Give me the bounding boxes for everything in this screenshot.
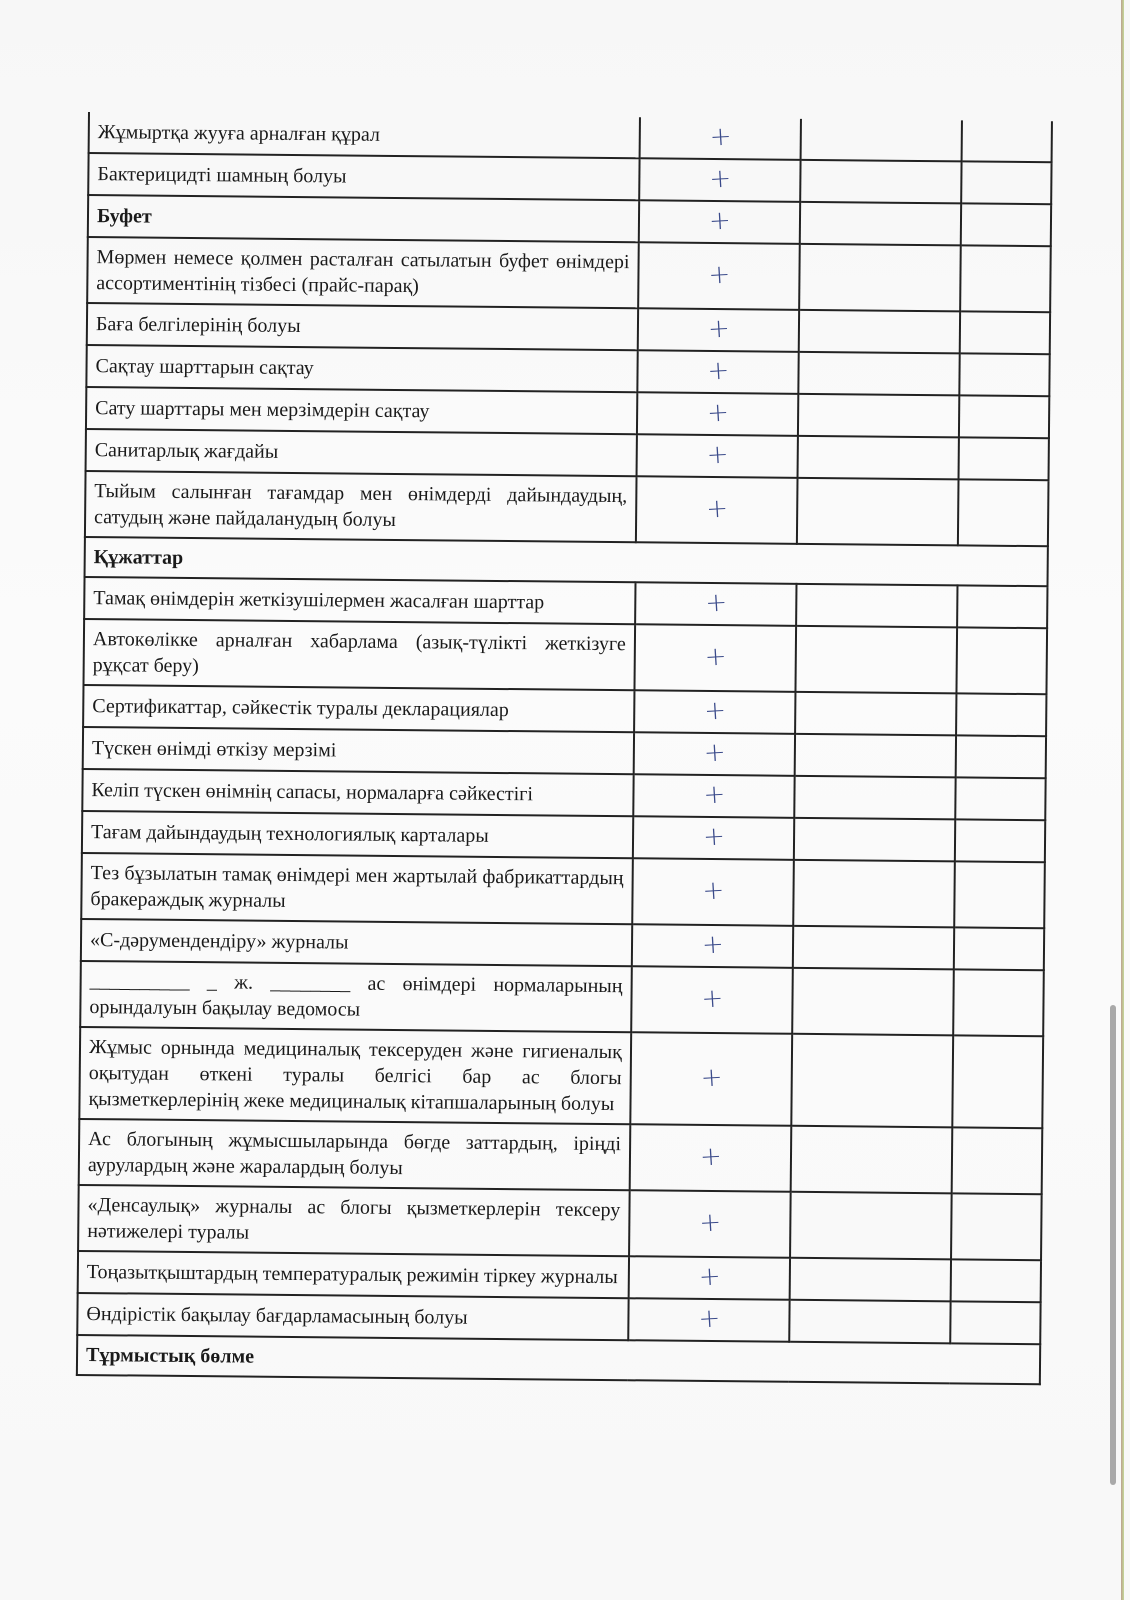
item-description: «Денсаулық» журналы ас блогы қызметкерле… [78, 1185, 629, 1256]
empty-cell [800, 202, 962, 246]
empty-cell [952, 1035, 1043, 1128]
empty-cell [954, 927, 1044, 970]
empty-cell [956, 693, 1046, 736]
empty-cell [961, 203, 1051, 246]
empty-cell [951, 1259, 1041, 1302]
item-description: Келіп түскен өнімнің сапасы, нормаларға … [82, 769, 633, 816]
item-description: Сертификаттар, сәйкестік туралы декларац… [83, 685, 634, 732]
handwritten-plus-mark: + [706, 357, 729, 384]
item-description: Тағам дайындаудың технологиялық карталар… [82, 811, 633, 858]
empty-cell [960, 311, 1050, 354]
empty-cell [790, 1258, 952, 1302]
section-heading: Буфет [88, 195, 639, 242]
section-heading: Тұрмыстық бөлме [77, 1335, 1040, 1384]
item-description: __________ _ ж. ________ ас өнімдері нор… [80, 961, 631, 1032]
empty-cell [795, 626, 957, 694]
empty-cell [791, 1034, 953, 1128]
handwritten-plus-mark: + [701, 877, 724, 904]
check-cell: + [631, 966, 793, 1034]
item-description: Ас блогының жұмысшыларында бөгде заттард… [79, 1119, 630, 1190]
check-cell: + [632, 858, 794, 926]
item-description: Сақтау шарттарын сақтау [86, 345, 637, 392]
table-row: Тыйым салынған тағамдар мен өнімдерді да… [85, 471, 1049, 546]
item-description: Жұмыс орнында медициналық тексеруден жән… [79, 1027, 631, 1124]
empty-cell [793, 926, 955, 970]
check-cell: + [628, 1256, 790, 1300]
scrollbar[interactable] [1110, 1005, 1116, 1485]
check-cell: + [638, 308, 800, 352]
item-description: Тамақ өнімдерін жеткізушілермен жасалған… [84, 577, 635, 624]
handwritten-plus-mark: + [704, 589, 727, 616]
empty-cell [794, 776, 956, 820]
check-cell: + [630, 1032, 792, 1126]
table-row: Мөрмен немесе қолмен расталған сатылатын… [87, 237, 1051, 312]
check-cell: + [636, 434, 798, 478]
handwritten-plus-mark: + [698, 1209, 721, 1236]
handwritten-plus-mark: + [700, 1064, 723, 1091]
check-cell: + [637, 350, 799, 394]
item-description: Тоңазытқыштардың температуралық режимін … [78, 1251, 629, 1298]
check-cell: + [629, 1190, 791, 1258]
empty-cell [792, 968, 954, 1036]
checklist-table: Жұмыртқа жууға арналған құрал+Бактерицид… [76, 112, 1053, 1385]
handwritten-plus-mark: + [703, 739, 726, 766]
empty-cell [950, 1301, 1040, 1344]
check-cell: + [639, 117, 801, 160]
item-description: Тыйым салынған тағамдар мен өнімдерді да… [85, 471, 636, 542]
handwritten-plus-mark: + [709, 123, 732, 150]
table-row: Жұмыс орнында медициналық тексеруден жән… [79, 1027, 1043, 1128]
check-cell: + [632, 924, 794, 968]
table-row: «Денсаулық» журналы ас блогы қызметкерле… [78, 1185, 1042, 1260]
handwritten-plus-mark: + [701, 931, 724, 958]
table-row: __________ _ ж. ________ ас өнімдері нор… [80, 961, 1044, 1036]
item-description: Тез бұзылатын тамақ өнімдері мен жартыла… [81, 853, 632, 924]
empty-cell [956, 735, 1046, 778]
handwritten-plus-mark: + [698, 1263, 721, 1290]
empty-cell [961, 161, 1051, 204]
item-description: Бактерицидті шамның болуы [88, 153, 639, 200]
check-cell: + [638, 242, 800, 310]
empty-cell [797, 478, 959, 546]
empty-cell [957, 627, 1047, 694]
empty-cell [789, 1300, 951, 1344]
handwritten-plus-mark: + [706, 441, 729, 468]
handwritten-plus-mark: + [704, 643, 727, 670]
handwritten-plus-mark: + [708, 207, 731, 234]
empty-cell [796, 584, 958, 628]
empty-cell [800, 160, 962, 204]
handwritten-plus-mark: + [697, 1305, 720, 1332]
check-cell: + [634, 690, 796, 734]
empty-cell [954, 861, 1044, 928]
check-cell: + [633, 774, 795, 818]
item-description: Баға белгілерінің болуы [87, 303, 638, 350]
empty-cell [960, 245, 1050, 312]
item-description: Сату шарттары мен мерзімдерін сақтау [86, 387, 637, 434]
empty-cell [952, 1127, 1042, 1194]
handwritten-plus-mark: + [708, 165, 731, 192]
handwritten-plus-mark: + [703, 697, 726, 724]
empty-cell [959, 395, 1049, 438]
empty-cell [795, 692, 957, 736]
table-row: Тез бұзылатын тамақ өнімдері мен жартыла… [81, 853, 1045, 928]
empty-cell [958, 479, 1048, 546]
empty-cell [955, 819, 1045, 862]
item-description: Санитарлық жағдайы [86, 429, 637, 476]
check-cell: + [634, 732, 796, 776]
empty-cell [957, 585, 1047, 628]
empty-cell [790, 1192, 952, 1260]
item-description: Түскен өнімді өткізу мерзімі [83, 727, 634, 774]
check-cell: + [630, 1124, 792, 1192]
document-page: Жұмыртқа жууға арналған құрал+Бактерицид… [0, 0, 1130, 1600]
empty-cell [791, 1126, 953, 1194]
check-cell: + [639, 158, 801, 202]
empty-cell [962, 120, 1052, 162]
checklist-table-wrapper: Жұмыртқа жууға арналған құрал+Бактерицид… [76, 112, 1053, 1385]
handwritten-plus-mark: + [707, 315, 730, 342]
check-cell: + [634, 624, 796, 692]
handwritten-plus-mark: + [706, 399, 729, 426]
empty-cell [793, 860, 955, 928]
empty-cell [798, 436, 960, 480]
empty-cell [794, 818, 956, 862]
empty-cell [798, 352, 960, 396]
handwritten-plus-mark: + [702, 823, 725, 850]
empty-cell [959, 437, 1049, 480]
page-edge [1121, 0, 1124, 1600]
check-cell: + [633, 816, 795, 860]
handwritten-plus-mark: + [699, 1143, 722, 1170]
handwritten-plus-mark: + [700, 985, 723, 1012]
check-cell: + [636, 476, 798, 544]
empty-cell [799, 244, 961, 312]
item-description: Өндірістік бақылау бағдарламасының болуы [77, 1293, 628, 1340]
check-cell: + [628, 1298, 790, 1342]
check-cell: + [637, 392, 799, 436]
empty-cell [795, 734, 957, 778]
table-row: Ас блогының жұмысшыларында бөгде заттард… [79, 1119, 1043, 1194]
check-cell: + [639, 200, 801, 244]
empty-cell [960, 353, 1050, 396]
item-description: Жұмыртқа жууға арналған құрал [89, 112, 640, 158]
empty-cell [955, 777, 1045, 820]
empty-cell [801, 119, 963, 162]
item-description: «С-дәрумендендіру» журналы [81, 919, 632, 966]
handwritten-plus-mark: + [707, 261, 730, 288]
handwritten-plus-mark: + [702, 781, 725, 808]
handwritten-plus-mark: + [705, 495, 728, 522]
table-row: Автокөлікке арналған хабарлама (азық-түл… [83, 619, 1047, 694]
item-description: Мөрмен немесе қолмен расталған сатылатын… [87, 237, 638, 308]
empty-cell [798, 394, 960, 438]
empty-cell [953, 969, 1043, 1036]
check-cell: + [635, 582, 797, 626]
item-description: Автокөлікке арналған хабарлама (азық-түл… [83, 619, 634, 690]
section-row: Тұрмыстық бөлме [77, 1335, 1040, 1384]
empty-cell [799, 310, 961, 354]
empty-cell [951, 1193, 1041, 1260]
